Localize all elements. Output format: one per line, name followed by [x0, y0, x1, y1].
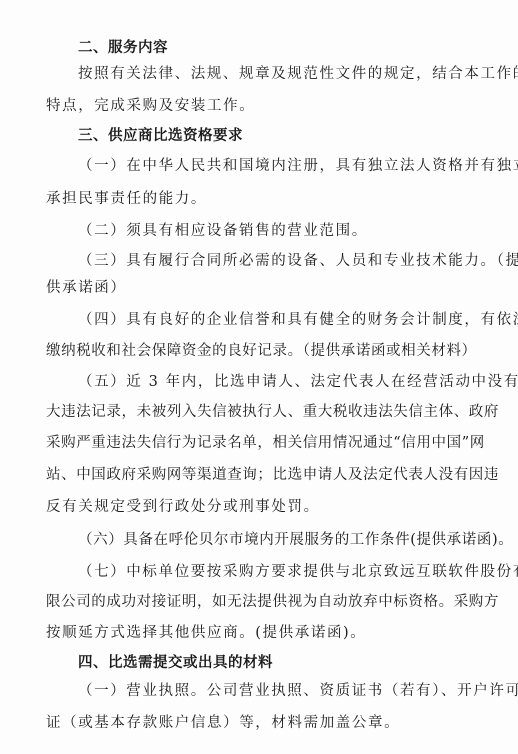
section-heading-service-content: 二、服务内容 — [78, 38, 462, 58]
item-5-line-4: 站、中国政府采购网等渠道查询；比选申请人及法定代表人没有因违 — [46, 465, 462, 485]
item-3-line-2: 供承诺函） — [46, 278, 462, 298]
materials-item-1-line-1: （一）营业执照。公司营业执照、资质证书（若有）、开户许可 — [78, 681, 462, 701]
item-1-line-1: （一）在中华人民共和国境内注册，具有独立法人资格并有独立 — [78, 156, 462, 176]
item-7-line-3: 按顺延方式选择其他供应商。(提供承诺函)。 — [46, 623, 462, 643]
item-4-line-1: （四）具有良好的企业信誉和具有健全的财务会计制度，有依法 — [78, 310, 462, 330]
item-2-line-1: （二）须具有相应设备销售的营业范围。 — [78, 221, 462, 241]
item-5-line-5: 反有关规定受到行政处分或刑事处罚。 — [46, 497, 462, 517]
paragraph-line: 按照有关法律、法规、规章及规范性文件的规定，结合本工作的 — [78, 64, 462, 84]
item-4-line-2: 缴纳税收和社会保障资金的良好记录。（提供承诺函或相关材料） — [46, 341, 462, 361]
section-heading-qualification: 三、供应商比选资格要求 — [78, 126, 462, 146]
item-5-line-1: （五）近 3 年内，比选申请人、法定代表人在经营活动中没有重 — [78, 372, 462, 392]
paragraph-line: 特点，完成采购及安装工作。 — [46, 96, 462, 116]
item-6-line-1: （六）具备在呼伦贝尔市境内开展服务的工作条件(提供承诺函)。 — [78, 530, 462, 550]
item-1-line-2: 承担民事责任的能力。 — [46, 189, 462, 209]
item-7-line-1: （七）中标单位要按采购方要求提供与北京致远互联软件股份有 — [78, 562, 462, 582]
item-5-line-3: 采购严重违法失信行为记录名单，相关信用情况通过“信用中国”网 — [46, 433, 462, 453]
item-5-line-2: 大违法记录，未被列入失信被执行人、重大税收违法失信主体、政府 — [46, 402, 462, 422]
section-heading-materials: 四、比选需提交或出具的材料 — [78, 653, 462, 673]
document-page: 二、服务内容 按照有关法律、法规、规章及规范性文件的规定，结合本工作的 特点，完… — [0, 0, 518, 754]
item-3-line-1: （三）具有履行合同所必需的设备、人员和专业技术能力。（提 — [78, 251, 462, 271]
item-7-line-2: 限公司的成功对接证明，如无法提供视为自动放弃中标资格。采购方 — [46, 592, 462, 612]
materials-item-1-line-2: 证（或基本存款账户信息）等，材料需加盖公章。 — [46, 713, 462, 733]
